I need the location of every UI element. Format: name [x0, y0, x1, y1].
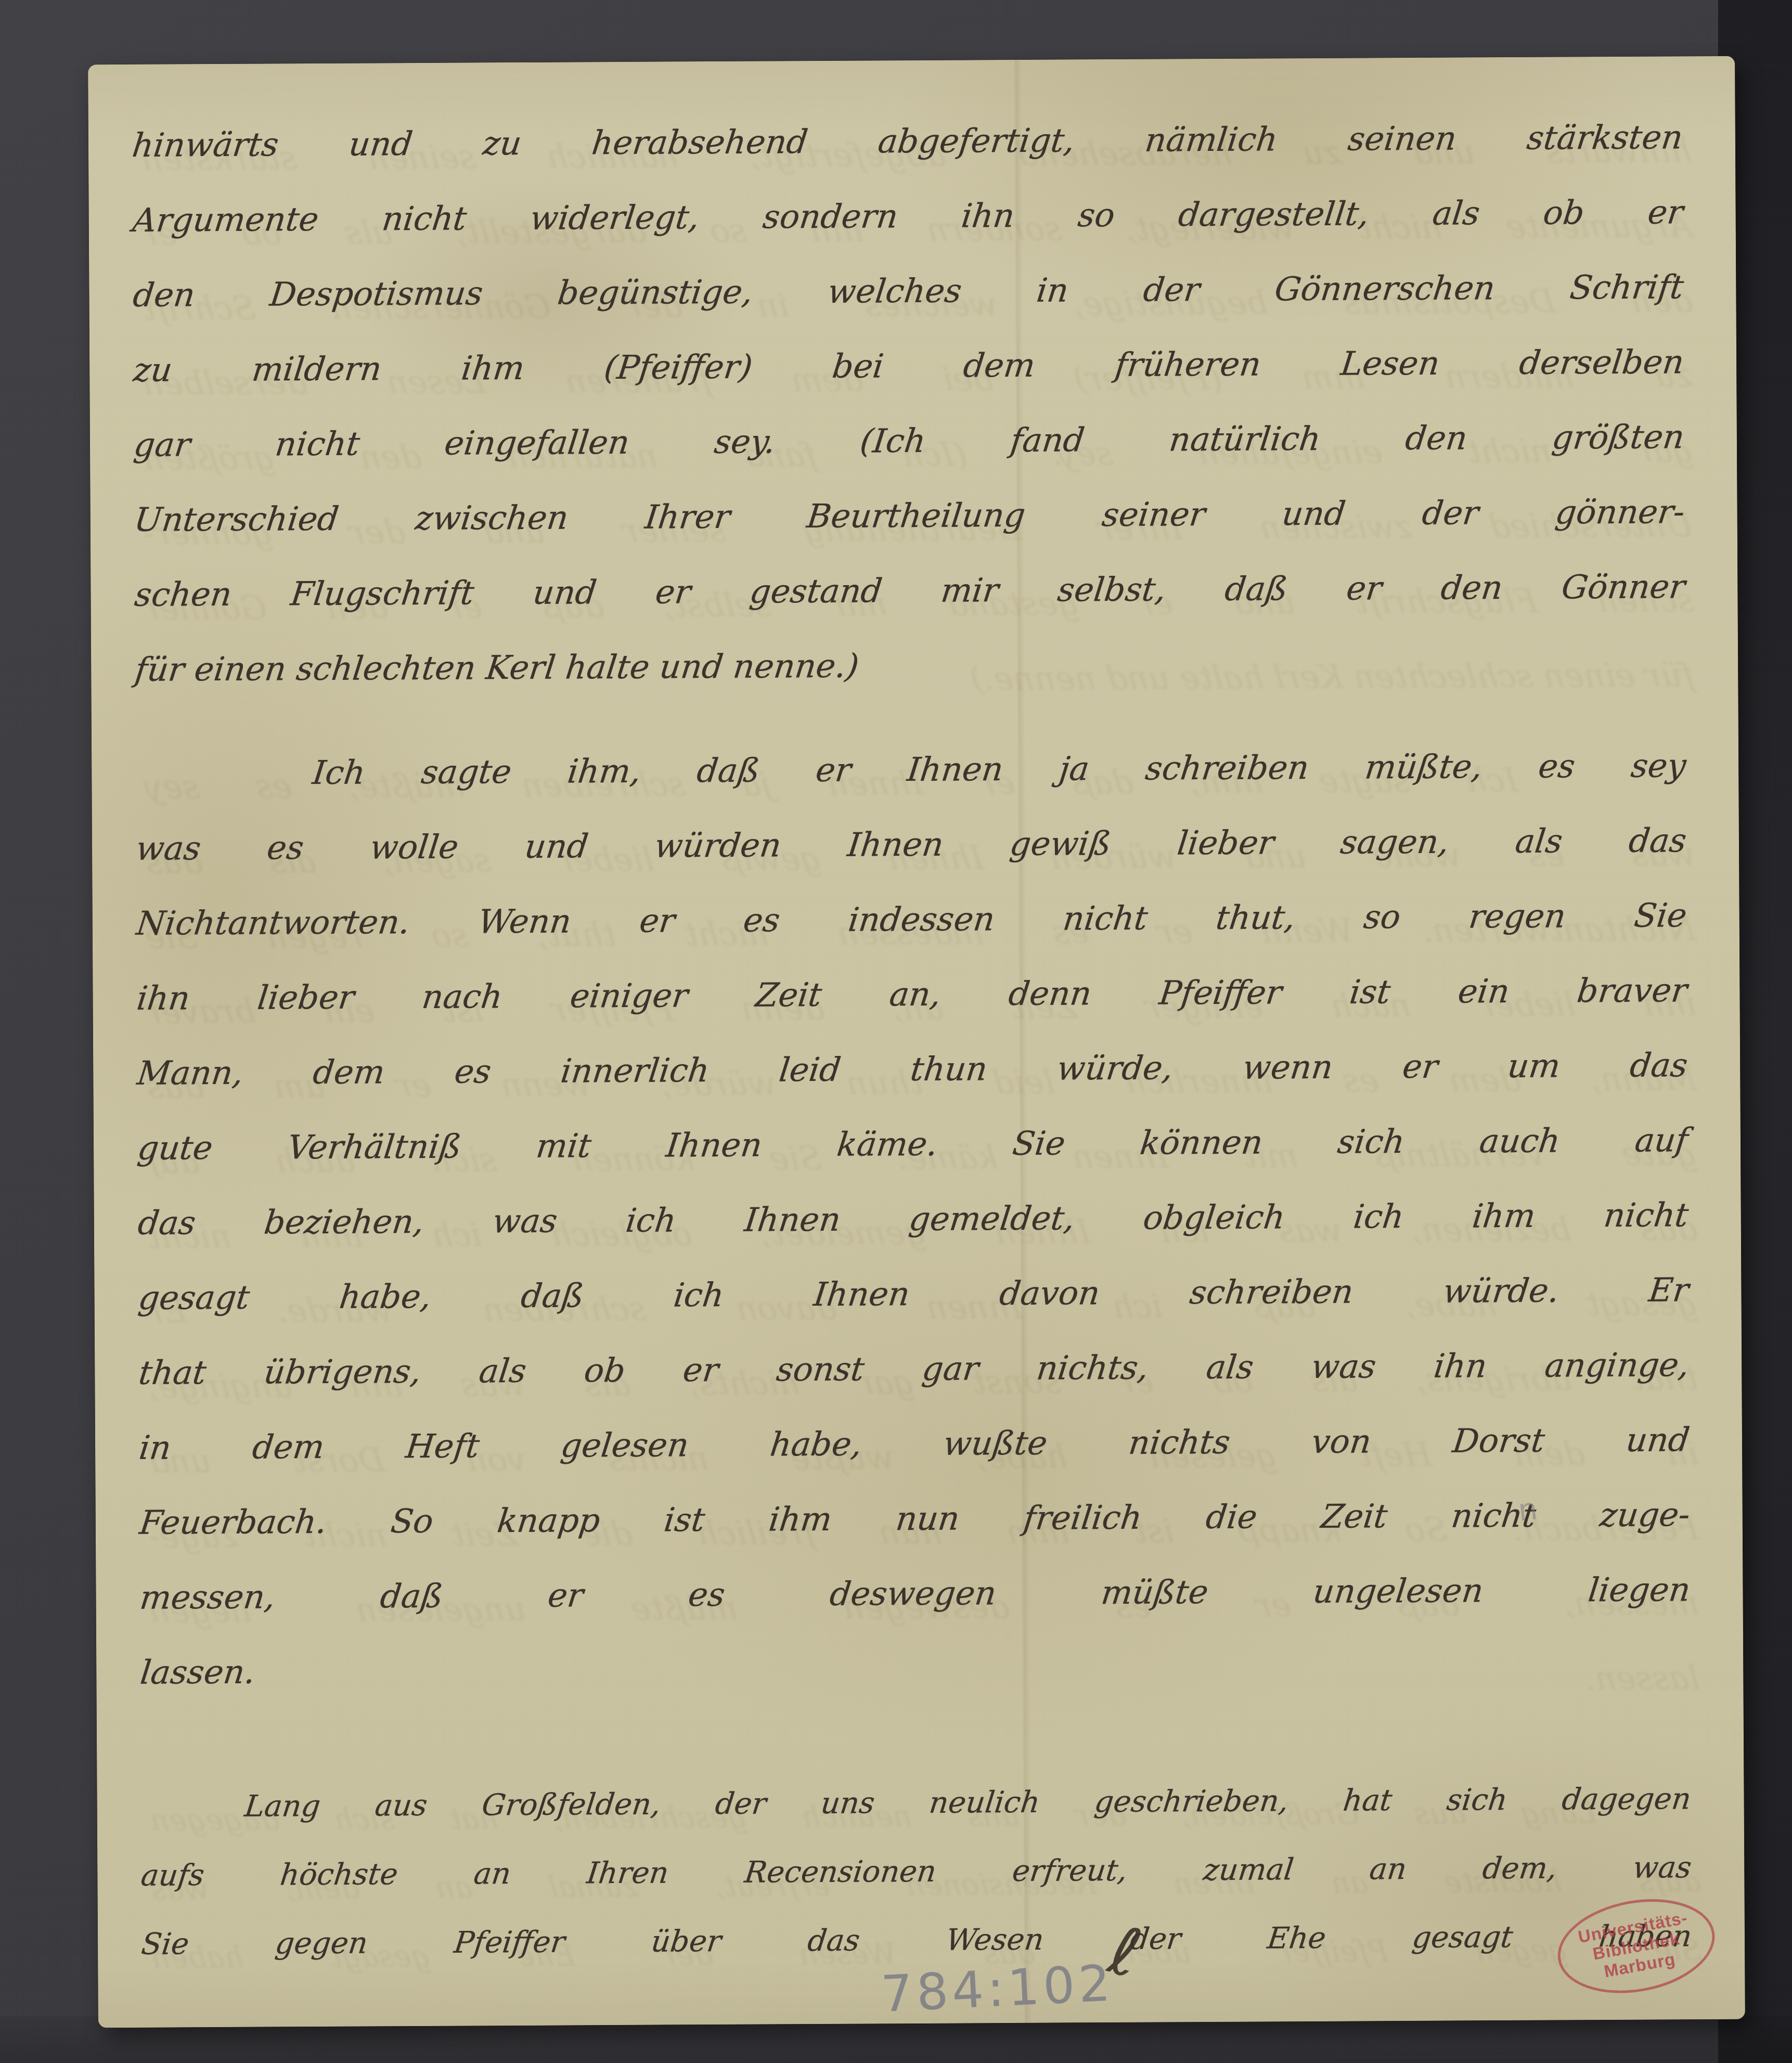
manuscript-line: Nichtantworten. Wenn er es indessen nich… [132, 878, 1691, 961]
paragraph: Lang aus Großfelden, der uns neulich ges… [136, 1764, 1687, 1979]
manuscript-line: Ich sagte ihm, daß er Ihnen ja schreiben… [132, 728, 1691, 811]
manuscript-line: hinwärts und zu herabsehend abgefertigt,… [128, 100, 1687, 183]
manuscript-line: aufs höchste an Ihren Recensionen erfreu… [137, 1833, 1695, 1910]
manuscript-line: Feuerbach. So knapp ist ihm nun freilich… [135, 1477, 1694, 1561]
text-layer: hinwärts und zu herabsehend abgefertigt,… [88, 56, 1745, 2028]
manuscript-line: das beziehen, was ich Ihnen gemeldet, ob… [134, 1178, 1693, 1261]
manuscript-line: ihn lieber nach einiger Zeit an, denn Pf… [133, 953, 1692, 1036]
manuscript-line: schen Flugschrift und er gestand mir sel… [131, 549, 1690, 633]
pencil-correction: n [1516, 1491, 1539, 1528]
manuscript-line: gesagt habe, daß ich Ihnen davon schreib… [134, 1253, 1693, 1336]
manuscript-line: Unterschied zwischen Ihrer Beurtheilung … [130, 474, 1689, 558]
paragraph: Ich sagte ihm, daß er Ihnen ja schreiben… [131, 728, 1686, 1710]
manuscript-line: lassen. [136, 1627, 1695, 1710]
letter-page: hinwärts und zu herabsehend abgefertigt,… [88, 56, 1745, 2028]
manuscript-line: zu mildern ihm (Pfeiffer) bei dem früher… [130, 325, 1688, 408]
manuscript-line: messen, daß er es deswegen müßte ungeles… [136, 1552, 1695, 1635]
manuscript-line: gar nicht eingefallen sey. (Ich fand nat… [130, 399, 1688, 483]
paragraph: hinwärts und zu herabsehend abgefertigt,… [128, 100, 1681, 707]
manuscript-line: gute Verhältniß mit Ihnen käme. Sie könn… [133, 1103, 1692, 1186]
manuscript-scan: hinwärts und zu herabsehend abgefertigt,… [0, 0, 1792, 2063]
manuscript-line: in dem Heft gelesen habe, wußte nichts v… [135, 1402, 1694, 1486]
manuscript-line: für einen schlechten Kerl halte und nenn… [131, 624, 1690, 707]
manuscript-line: Argumente nicht widerlegt, sondern ihn s… [128, 175, 1687, 258]
manuscript-line: that übrigens, als ob er sonst gar nicht… [135, 1327, 1694, 1411]
shelfmark-pencil: 784:102 [880, 1954, 1115, 2023]
manuscript-line: was es wolle und würden Ihnen gewiß lieb… [132, 803, 1691, 886]
manuscript-line: Mann, dem es innerlich leid thun würde, … [133, 1028, 1692, 1111]
manuscript-line: Lang aus Großfelden, der uns neulich ges… [137, 1764, 1695, 1841]
manuscript-line: den Despotismus begünstige, welches in d… [129, 250, 1688, 333]
